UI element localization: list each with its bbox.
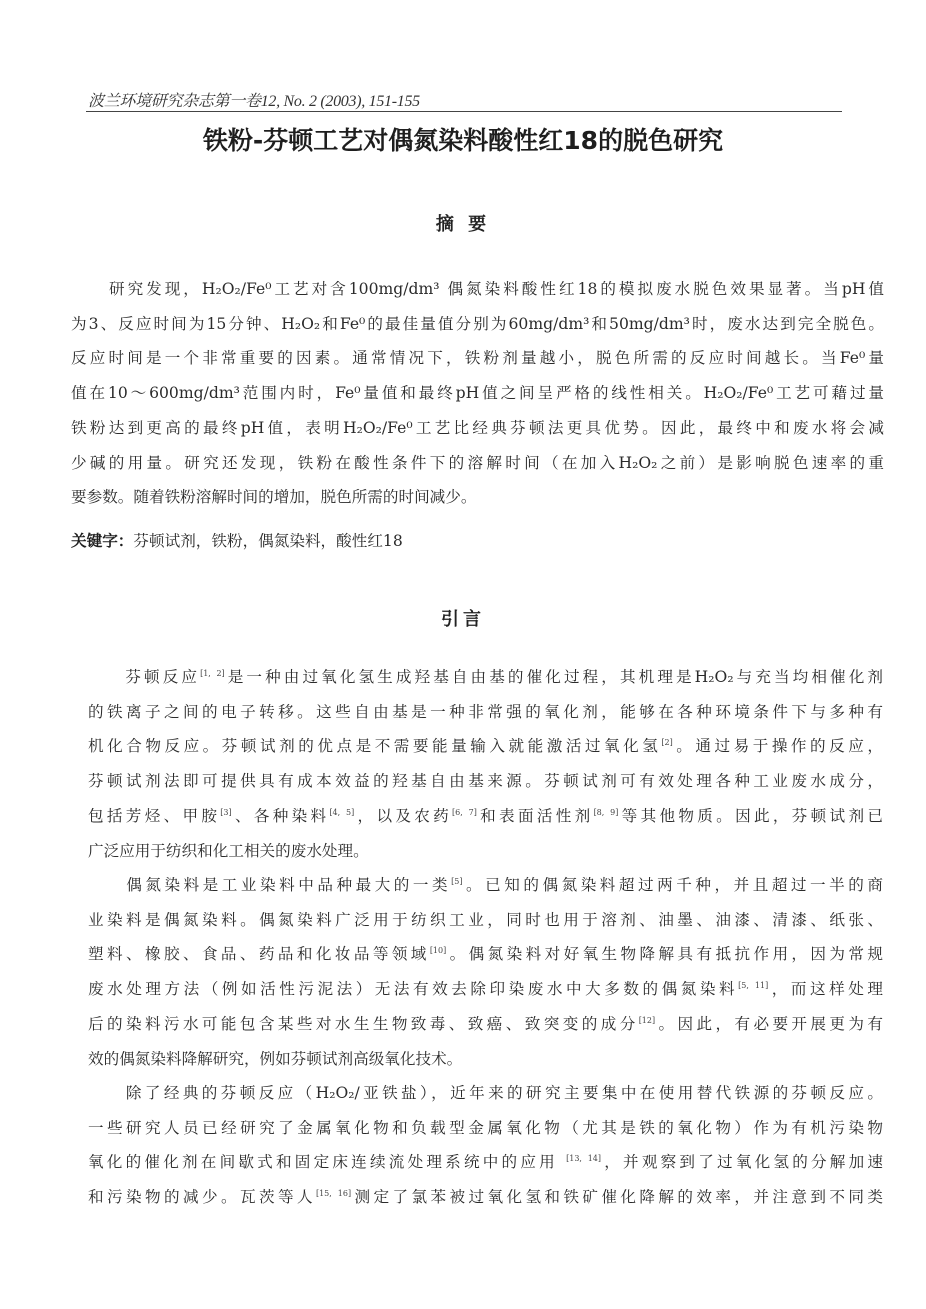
abstract-line: 少碱的用量。研究还发现，铁粉在酸性条件下的溶解时间（在加入H₂O₂之前）是影响脱…	[71, 446, 884, 481]
citation: [3]	[220, 808, 231, 817]
text-line: 广泛应用于纺织和化工相关的废水处理。	[88, 834, 883, 869]
text-run: 包括芳烃、甲胺	[88, 807, 220, 825]
text-run: 等其他物质。因此，芬顿试剂已	[618, 807, 883, 825]
text-line: 机化合物反应。芬顿试剂的优点是不需要能量输入就能激活过氧化氢[2]。通过易于操作…	[88, 729, 883, 764]
abstract-heading: 摘 要	[0, 210, 926, 236]
text-run: ，以及农药	[354, 807, 452, 825]
keywords-separator: ：	[118, 532, 134, 550]
text-line: 废水处理方法（例如活性污泥法）无法有效去除印染废水中大多数的偶氮染料[5, 11…	[88, 972, 883, 1007]
intro-paragraph-2: 偶氮染料是工业染料中品种最大的一类[5]。已知的偶氮染料超过两千种，并且超过一半…	[88, 868, 883, 1076]
text-run: 、各种染料	[232, 807, 330, 825]
abstract-line: 为3、反应时间为15分钟、H₂O₂和Fe⁰的最佳量值分别为60mg/dm³和50…	[71, 307, 884, 342]
text-run: 芬顿试剂法即可提供具有成本效益的羟基自由基来源。芬顿试剂可有效处理各种工业废水成…	[88, 772, 883, 790]
keywords-label: 关键字	[71, 532, 118, 550]
text-run: 业染料是偶氮染料。偶氮染料广泛用于纺织工业，同时也用于溶剂、油墨、油漆、清漆、纸…	[88, 911, 883, 929]
text-run: 和污染物的减少。瓦茨等人	[88, 1188, 316, 1206]
text-run: 。通过易于操作的反应，	[673, 737, 883, 755]
text-run: 。已知的偶氮染料超过两千种，并且超过一半的商	[463, 876, 883, 894]
keywords-text: 芬顿试剂，铁粉，偶氮染料，酸性红18	[133, 532, 402, 550]
text-line: 氧化的催化剂在间歇式和固定床连续流处理系统中的应用 [13, 14]，并观察到了…	[88, 1145, 883, 1180]
text-line: 除了经典的芬顿反应（H₂O₂/亚铁盐），近年来的研究主要集中在使用替代铁源的芬顿…	[88, 1076, 883, 1111]
text-run: 是一种由过氧化氢生成羟基自由基的催化过程，其机理是H₂O₂与充当均相催化剂	[225, 668, 883, 686]
text-run: 机化合物反应。芬顿试剂的优点是不需要能量输入就能激活过氧化氢	[88, 737, 661, 755]
citation: [8, 9]	[594, 808, 619, 817]
text-run: 测定了氯苯被过氧化氢和铁矿催化降解的效率，并注意到不同类	[351, 1188, 883, 1206]
abstract-body: 研究发现，H₂O₂/Fe⁰工艺对含100mg/dm³ 偶氮染料酸性红18的模拟废…	[71, 272, 884, 515]
text-run: 芬顿反应	[88, 668, 200, 686]
text-run: ，并观察到了过氧化氢的分解加速	[601, 1153, 883, 1171]
citation: [12]	[639, 1016, 655, 1025]
citation: [1, 2]	[200, 669, 225, 678]
intro-paragraph-3: 除了经典的芬顿反应（H₂O₂/亚铁盐），近年来的研究主要集中在使用替代铁源的芬顿…	[88, 1076, 883, 1215]
header-rule	[86, 111, 842, 112]
abstract-line: 反应时间是一个非常重要的因素。通常情况下，铁粉剂量越小，脱色所需的反应时间越长。…	[71, 341, 884, 376]
text-run: 的铁离子之间的电子转移。这些自由基是一种非常强的氧化剂，能够在各种环境条件下与多…	[88, 703, 883, 721]
text-run: 塑料、橡胶、食品、药品和化妆品等领域	[88, 945, 430, 963]
intro-paragraph-1: 芬顿反应[1, 2]是一种由过氧化氢生成羟基自由基的催化过程，其机理是H₂O₂与…	[88, 660, 883, 868]
text-line: 偶氮染料是工业染料中品种最大的一类[5]。已知的偶氮染料超过两千种，并且超过一半…	[88, 868, 883, 903]
abstract-line: 研究发现，H₂O₂/Fe⁰工艺对含100mg/dm³ 偶氮染料酸性红18的模拟废…	[109, 272, 884, 307]
citation: [4, 5]	[329, 808, 354, 817]
introduction-heading: 引言	[0, 605, 926, 631]
text-line: 的铁离子之间的电子转移。这些自由基是一种非常强的氧化剂，能够在各种环境条件下与多…	[88, 695, 883, 730]
text-line: 塑料、橡胶、食品、药品和化妆品等领域[10]。偶氮染料对好氧生物降解具有抵抗作用…	[88, 937, 883, 972]
journal-header: 波兰环境研究杂志第一卷12, No. 2 (2003), 151-155	[88, 88, 420, 111]
text-line: 效的偶氮染料降解研究，例如芬顿试剂高级氧化技术。	[88, 1042, 883, 1077]
keywords: 关键字：芬顿试剂，铁粉，偶氮染料，酸性红18	[71, 526, 403, 556]
abstract-line: 值在10～600mg/dm³范围内时，Fe⁰量值和最终pH值之间呈严格的线性相关…	[71, 376, 884, 411]
citation: [10]	[430, 946, 446, 955]
text-run: 和表面活性剂	[477, 807, 594, 825]
text-run: 效的偶氮染料降解研究，例如芬顿试剂高级氧化技术。	[88, 1050, 462, 1068]
abstract-line: 铁粉达到更高的最终pH值，表明H₂O₂/Fe⁰工艺比经典芬顿法更具优势。因此，最…	[71, 411, 884, 446]
text-run: 广泛应用于纺织和化工相关的废水处理。	[88, 842, 369, 860]
citation: [2]	[661, 738, 672, 747]
text-run: ，而这样处理	[768, 980, 883, 998]
text-line: 和污染物的减少。瓦茨等人[15, 16]测定了氯苯被过氧化氢和铁矿催化降解的效率…	[88, 1180, 883, 1215]
text-run: 除了经典的芬顿反应（H₂O₂/亚铁盐），近年来的研究主要集中在使用替代铁源的芬顿…	[88, 1084, 883, 1102]
citation: [13, 14]	[566, 1154, 601, 1163]
text-line: 芬顿试剂法即可提供具有成本效益的羟基自由基来源。芬顿试剂可有效处理各种工业废水成…	[88, 764, 883, 799]
paper-title: 铁粉-芬顿工艺对偶氮染料酸性红18的脱色研究	[0, 121, 926, 157]
text-run: 废水处理方法（例如活性污泥法）无法有效去除印染废水中大多数的偶氮染料	[88, 980, 738, 998]
text-line: 业染料是偶氮染料。偶氮染料广泛用于纺织工业，同时也用于溶剂、油墨、油漆、清漆、纸…	[88, 903, 883, 938]
text-run: 一些研究人员已经研究了金属氧化物和负载型金属氧化物（尤其是铁的氧化物）作为有机污…	[88, 1119, 883, 1137]
text-run: 偶氮染料是工业染料中品种最大的一类	[88, 876, 451, 894]
text-run: 。偶氮染料对好氧生物降解具有抵抗作用，因为常规	[446, 945, 883, 963]
text-line: 包括芳烃、甲胺[3]、各种染料[4, 5]，以及农药[6, 7]和表面活性剂[8…	[88, 799, 883, 834]
text-run: 氧化的催化剂在间歇式和固定床连续流处理系统中的应用	[88, 1153, 566, 1171]
citation: [5]	[451, 877, 462, 886]
text-run: 。因此，有必要开展更为有	[655, 1015, 883, 1033]
text-line: 后的染料污水可能包含某些对水生生物致毒、致癌、致突变的成分[12]。因此，有必要…	[88, 1007, 883, 1042]
text-line: 芬顿反应[1, 2]是一种由过氧化氢生成羟基自由基的催化过程，其机理是H₂O₂与…	[88, 660, 883, 695]
text-line: 一些研究人员已经研究了金属氧化物和负载型金属氧化物（尤其是铁的氧化物）作为有机污…	[88, 1111, 883, 1146]
citation: [15, 16]	[316, 1189, 351, 1198]
citation: [6, 7]	[452, 808, 477, 817]
text-run: 后的染料污水可能包含某些对水生生物致毒、致癌、致突变的成分	[88, 1015, 639, 1033]
abstract-line: 要参数。随着铁粉溶解时间的增加，脱色所需的时间减少。	[71, 480, 884, 515]
citation: [5, 11]	[738, 981, 768, 990]
